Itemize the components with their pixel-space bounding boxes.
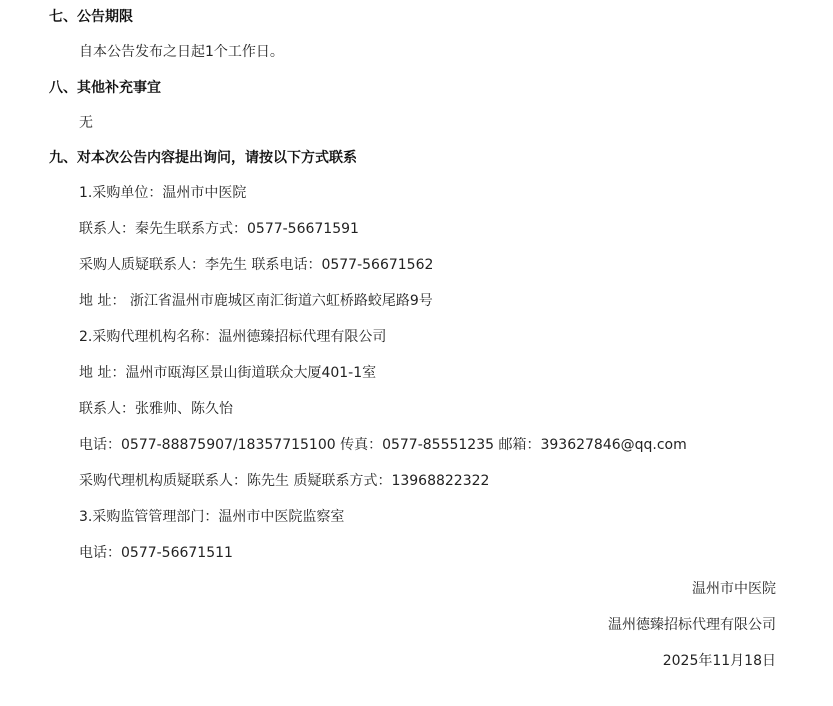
- supervision-department: 3.采购监管管理部门：温州市中医院监察室: [79, 508, 344, 526]
- agency-address: 地 址：温州市瓯海区景山街道联众大厦401-1室: [79, 364, 376, 382]
- agency-name: 2.采购代理机构名称：温州德臻招标代理有限公司: [79, 328, 386, 346]
- signature-date: 2025年11月18日: [663, 652, 776, 670]
- section-9-heading: 九、对本次公告内容提出询问，请按以下方式联系: [49, 149, 357, 167]
- purchaser-address: 地 址： 浙江省温州市鹿城区南汇街道六虹桥路蛟尾路9号: [79, 292, 433, 310]
- signature-purchaser: 温州市中医院: [692, 580, 776, 598]
- section-8-heading: 八、其他补充事宜: [49, 79, 161, 97]
- purchaser-contact: 联系人：秦先生联系方式：0577-56671591: [79, 220, 359, 238]
- agency-phone-fax-email: 电话：0577-88875907/18357715100 传真：0577-855…: [79, 436, 687, 454]
- section-7-heading: 七、公告期限: [49, 8, 133, 26]
- purchaser-unit: 1.采购单位：温州市中医院: [79, 184, 246, 202]
- agency-contacts: 联系人：张雅帅、陈久怡: [79, 400, 233, 418]
- section-8-body: 无: [79, 114, 93, 132]
- signature-agency: 温州德臻招标代理有限公司: [608, 616, 776, 634]
- section-7-body: 自本公告发布之日起1个工作日。: [79, 43, 284, 61]
- purchaser-query-contact: 采购人质疑联系人：李先生 联系电话：0577-56671562: [79, 256, 433, 274]
- agency-query-contact: 采购代理机构质疑联系人：陈先生 质疑联系方式：13968822322: [79, 472, 489, 490]
- supervision-phone: 电话：0577-56671511: [79, 544, 233, 562]
